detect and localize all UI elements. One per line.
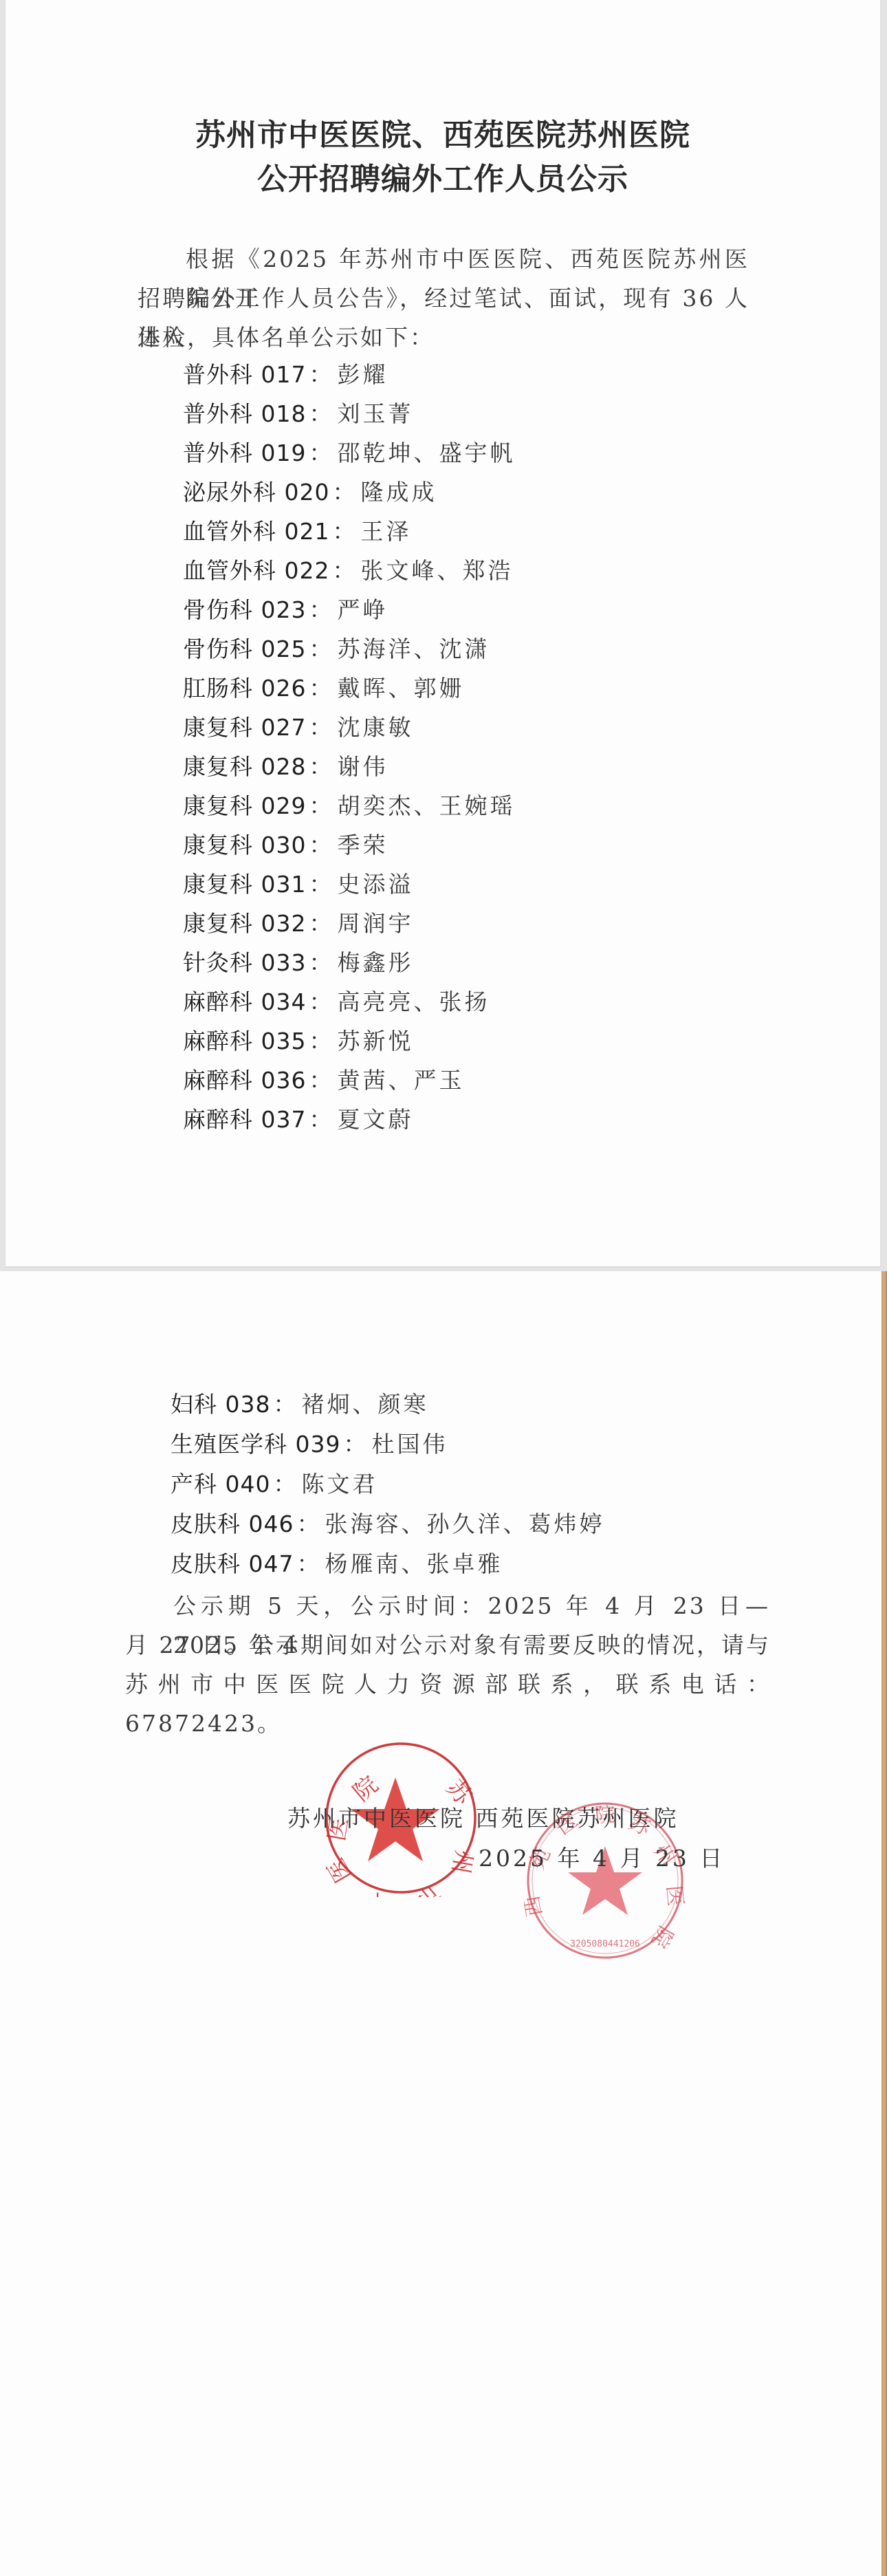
candidate-names: 邵乾坤、盛宇帆 (337, 440, 515, 466)
list-item: 泌尿外科 020：隆成成 (183, 477, 437, 508)
department-label: 血管外科 022 (183, 557, 329, 584)
list-item: 麻醉科 036：黄茜、严玉 (183, 1065, 464, 1096)
svg-text:中: 中 (366, 1888, 389, 1897)
colon: ： (273, 1471, 296, 1497)
colon: ： (343, 1431, 366, 1458)
colon: ： (296, 1550, 319, 1577)
candidate-names: 褚炯、颜寒 (301, 1391, 428, 1418)
desk-edge-background (881, 1271, 887, 2576)
colon: ： (309, 988, 331, 1015)
colon: ： (332, 479, 355, 506)
colon: ： (309, 753, 331, 780)
svg-text:西: 西 (524, 1894, 547, 1918)
department-label: 妇科 038 (171, 1391, 270, 1418)
list-item: 血管外科 022：张文峰、郑浩 (183, 556, 513, 587)
candidate-names: 张海容、孙久洋、葛炜婷 (325, 1511, 604, 1537)
colon: ： (309, 636, 331, 662)
department-label: 麻醉科 035 (183, 1028, 306, 1054)
colon: ： (309, 871, 331, 898)
department-label: 骨伤科 025 (183, 636, 306, 662)
document-page-2: 妇科 038：褚炯、颜寒 生殖医学科 039：杜国伟 产科 040：陈文君 皮肤… (0, 1271, 881, 2576)
list-item: 麻醉科 035：苏新悦 (183, 1026, 413, 1057)
notice-line-2: 月 27 日。公示期间如对公示对象有需要反映的情况，请与 (125, 1625, 771, 1665)
list-item: 康复科 028：谢伟 (183, 752, 388, 783)
colon: ： (309, 596, 331, 623)
notice-line-3: 苏州市中医医院人力资源部联系，联系电话：67872423。 (125, 1665, 771, 1743)
list-item: 生殖医学科 039：杜国伟 (171, 1429, 448, 1460)
colon: ： (309, 1028, 331, 1054)
colon: ： (309, 440, 331, 466)
list-item: 康复科 032：周润宇 (183, 909, 413, 940)
department-label: 普外科 019 (183, 440, 306, 466)
document-page-1: 苏州市中医医院、西苑医院苏州医院 公开招聘编外工作人员公示 根据《2025 年苏… (6, 0, 880, 1266)
list-item: 皮肤科 046：张海容、孙久洋、葛炜婷 (171, 1509, 604, 1540)
candidate-names: 胡奕杰、王婉瑶 (337, 792, 515, 819)
list-item: 麻醉科 034：高亮亮、张扬 (183, 987, 490, 1018)
candidate-names: 严峥 (337, 596, 388, 623)
list-item: 针灸科 033：梅鑫彤 (183, 948, 413, 979)
department-label: 普外科 017 (183, 361, 306, 388)
colon: ： (309, 1106, 331, 1133)
department-label: 产科 040 (171, 1471, 270, 1497)
list-item: 妇科 038：褚炯、颜寒 (171, 1389, 428, 1420)
svg-text:医: 医 (322, 1853, 358, 1887)
svg-text:院: 院 (646, 1922, 677, 1951)
department-label: 泌尿外科 020 (183, 479, 329, 506)
department-label: 麻醉科 034 (183, 988, 306, 1015)
title-line-2: 公开招聘编外工作人员公示 (6, 154, 880, 198)
colon: ： (309, 910, 331, 937)
list-item: 康复科 027：沈康敏 (183, 713, 413, 744)
candidate-names: 夏文蔚 (337, 1106, 413, 1133)
colon: ： (309, 1067, 331, 1094)
candidate-names: 杨雁南、张卓雅 (325, 1550, 503, 1577)
list-item: 普外科 018：刘玉菁 (183, 399, 413, 430)
intro-line-3: 体检，具体名单公示如下： (138, 318, 749, 357)
department-label: 生殖医学科 039 (171, 1431, 340, 1458)
candidate-names: 彭耀 (337, 361, 388, 388)
candidate-names: 隆成成 (360, 479, 437, 506)
department-label: 血管外科 021 (183, 518, 329, 545)
list-item: 皮肤科 047：杨雁南、张卓雅 (171, 1549, 503, 1580)
colon: ： (309, 792, 331, 819)
colon: ： (309, 949, 331, 976)
department-label: 康复科 032 (183, 910, 306, 937)
list-item: 血管外科 021：王泽 (183, 517, 411, 548)
candidate-names: 谢伟 (337, 753, 388, 780)
signature-date: 2025 年 4 月 23 日 (479, 1841, 725, 1873)
seal-code: 3205080441206 (570, 1939, 640, 1949)
department-label: 普外科 018 (183, 400, 306, 427)
list-item: 普外科 019：邵乾坤、盛宇帆 (183, 438, 515, 469)
colon: ： (309, 400, 331, 427)
department-label: 麻醉科 036 (183, 1067, 306, 1094)
svg-text:医: 医 (661, 1885, 686, 1907)
colon: ： (309, 361, 331, 388)
svg-text:市: 市 (410, 1879, 446, 1897)
department-label: 皮肤科 046 (171, 1511, 294, 1537)
candidate-names: 戴晖、郭姗 (337, 675, 464, 702)
colon: ： (309, 714, 331, 741)
candidate-names: 陈文君 (301, 1471, 377, 1497)
colon: ： (332, 518, 355, 545)
department-label: 康复科 031 (183, 871, 306, 898)
candidate-names: 高亮亮、张扬 (337, 988, 490, 1015)
department-label: 肛肠科 026 (183, 675, 306, 702)
list-item: 麻醉科 037：夏文蔚 (183, 1105, 413, 1136)
colon: ： (309, 675, 331, 702)
candidate-names: 黄茜、严玉 (337, 1067, 464, 1094)
candidate-names: 史添溢 (337, 871, 413, 898)
colon: ： (296, 1511, 319, 1537)
candidate-names: 周润宇 (337, 910, 413, 937)
svg-text:州: 州 (446, 1848, 477, 1875)
candidate-names: 刘玉菁 (337, 400, 413, 427)
candidate-names: 季荣 (337, 832, 388, 858)
list-item: 普外科 017：彭耀 (183, 360, 388, 391)
department-label: 皮肤科 047 (171, 1550, 294, 1577)
candidate-names: 杜国伟 (371, 1431, 448, 1458)
candidate-names: 张文峰、郑浩 (360, 557, 513, 584)
list-item: 肛肠科 026：戴晖、郭姗 (183, 673, 464, 704)
candidate-names: 苏新悦 (337, 1028, 413, 1054)
list-item: 骨伤科 025：苏海洋、沈潇 (183, 634, 490, 665)
list-item: 康复科 031：史添溢 (183, 869, 413, 900)
list-item: 康复科 029：胡奕杰、王婉瑶 (183, 791, 515, 822)
colon: ： (273, 1391, 296, 1418)
title-line-1: 苏州市中医医院、西苑医院苏州医院 (6, 110, 880, 154)
department-label: 康复科 028 (183, 753, 306, 780)
department-label: 康复科 029 (183, 792, 306, 819)
signature-institutions: 苏州市中医医院 西苑医院苏州医院 (287, 1801, 679, 1833)
list-item: 康复科 030：季荣 (183, 830, 388, 861)
candidate-names: 沈康敏 (337, 714, 413, 741)
department-label: 骨伤科 023 (183, 596, 306, 623)
department-label: 麻醉科 037 (183, 1106, 306, 1133)
candidate-names: 王泽 (360, 518, 411, 545)
department-label: 康复科 027 (183, 714, 306, 741)
list-item: 骨伤科 023：严峥 (183, 595, 388, 626)
candidate-names: 梅鑫彤 (337, 949, 413, 976)
colon: ： (309, 832, 331, 858)
department-label: 康复科 030 (183, 832, 306, 858)
list-item: 产科 040：陈文君 (171, 1469, 377, 1500)
candidate-names: 苏海洋、沈潇 (337, 636, 490, 662)
colon: ： (332, 557, 355, 584)
department-label: 针灸科 033 (183, 949, 306, 976)
